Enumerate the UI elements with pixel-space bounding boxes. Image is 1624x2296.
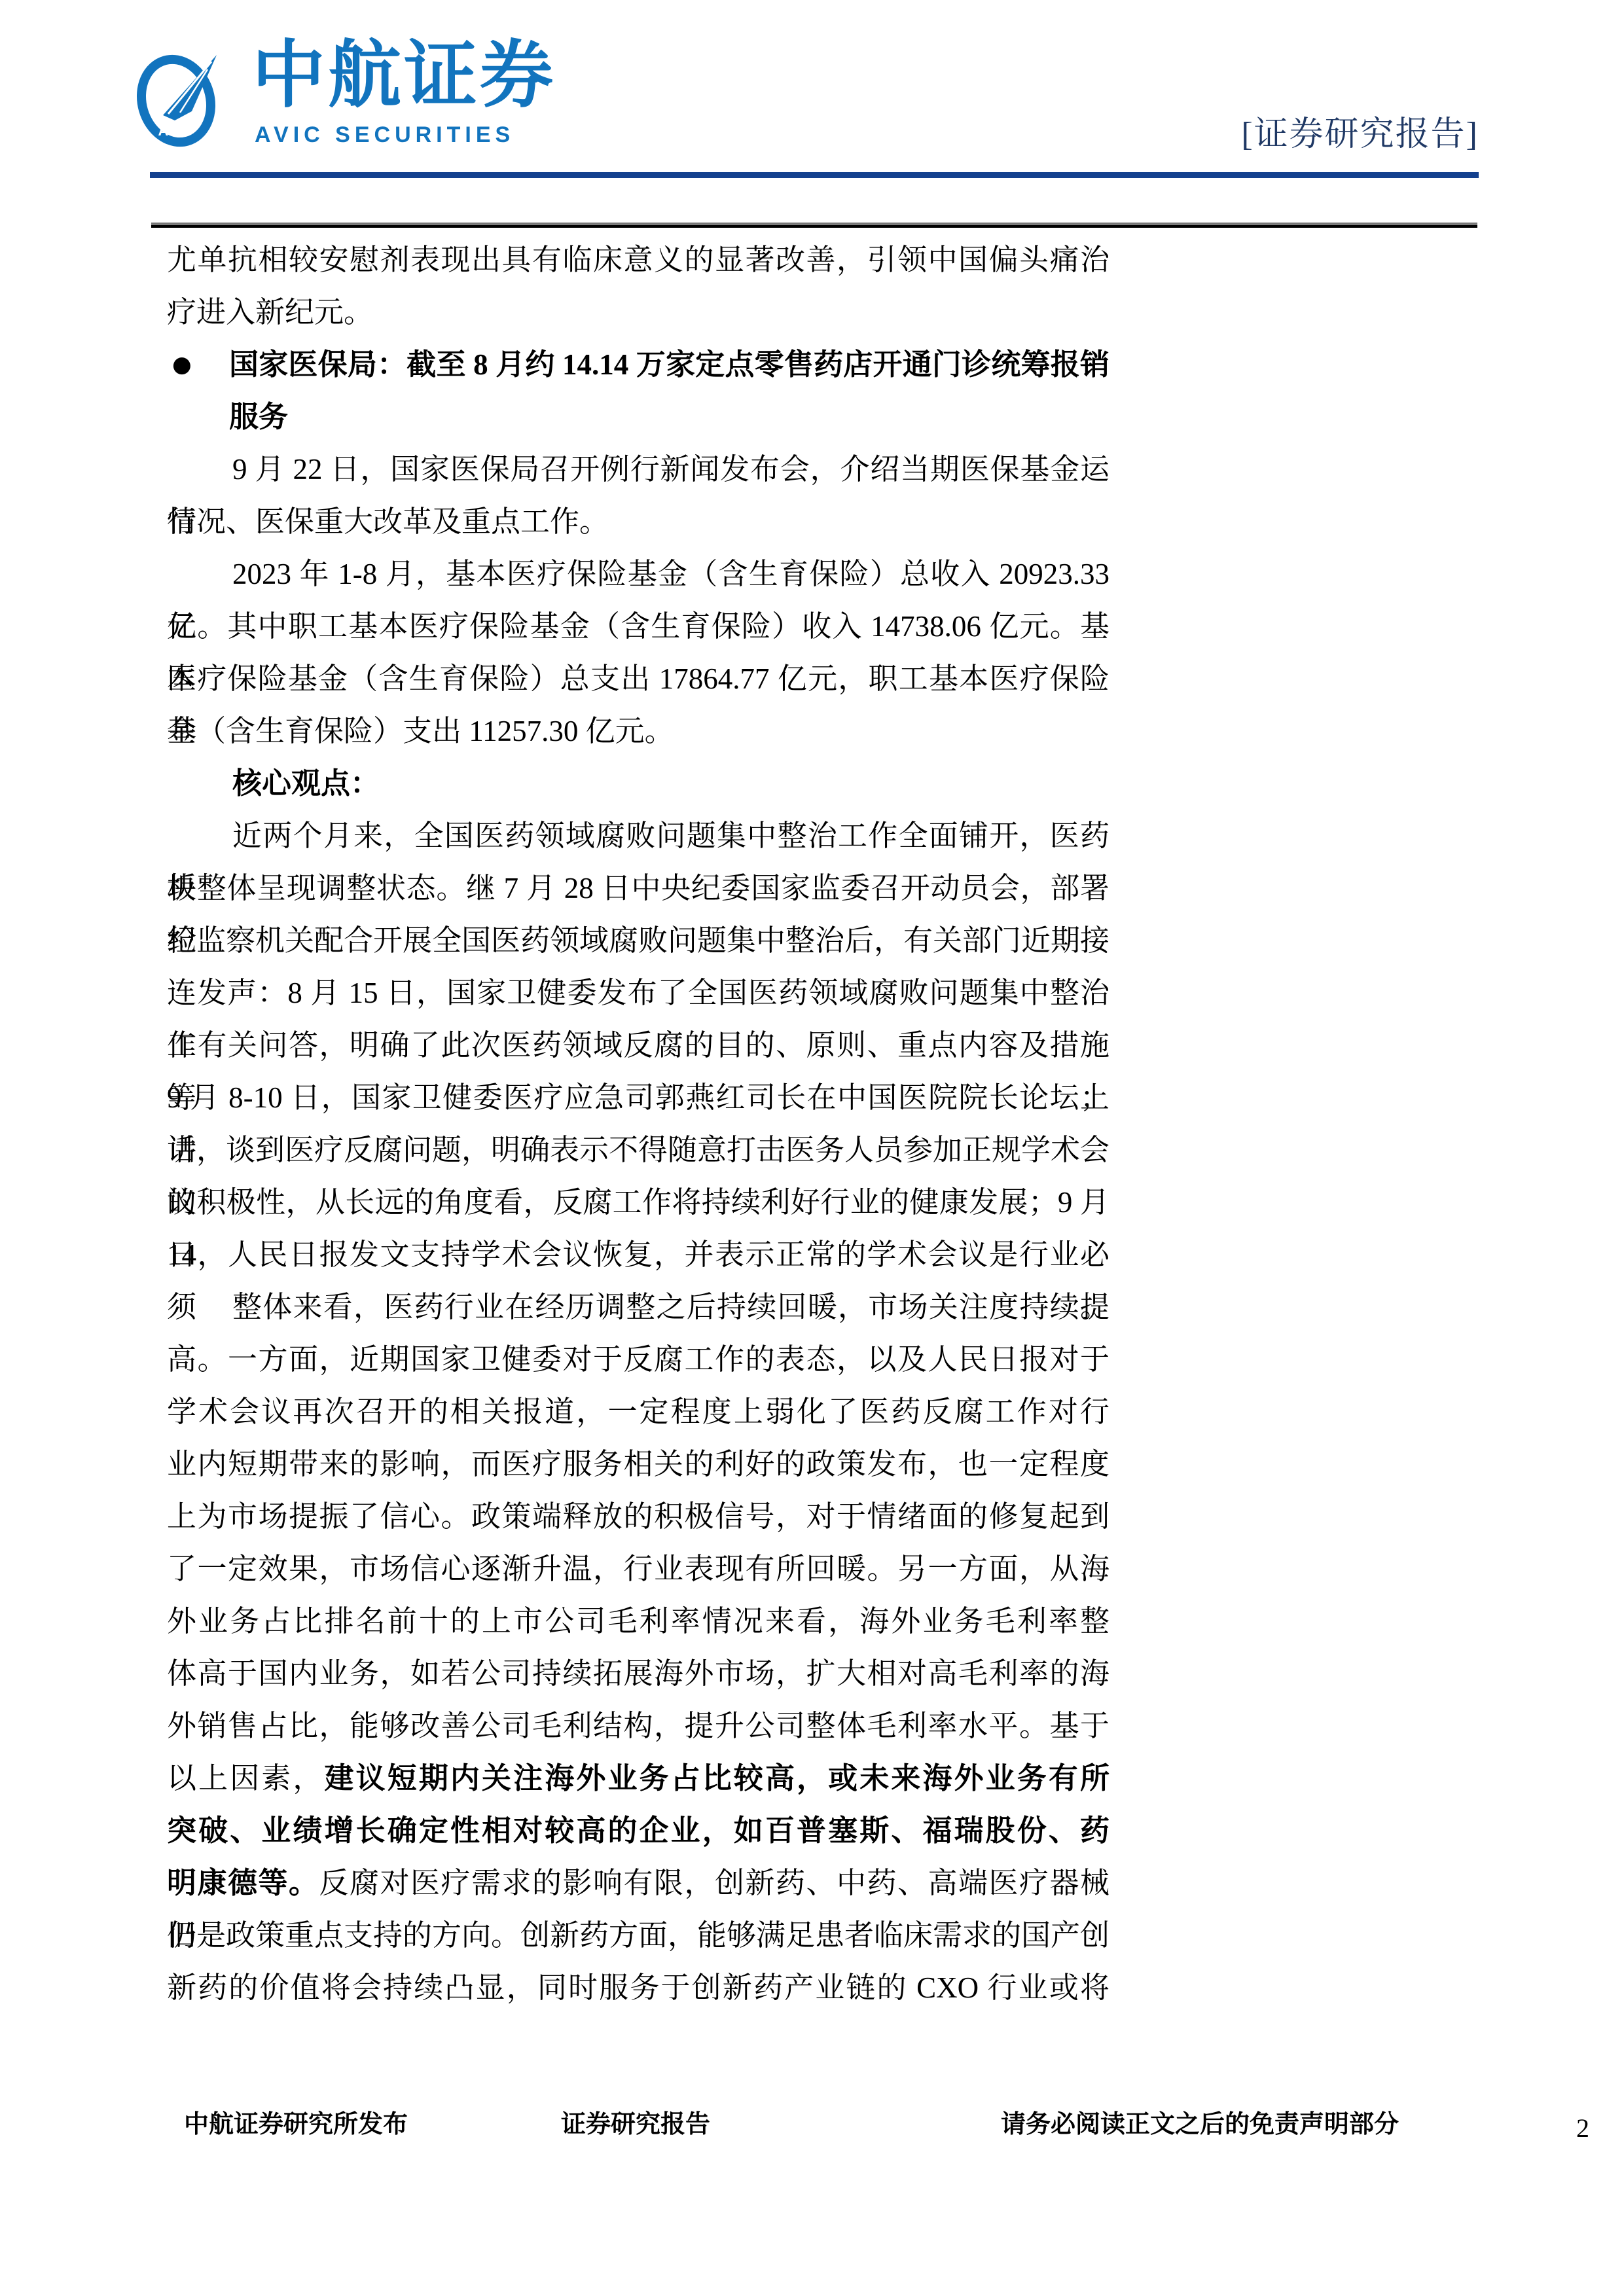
footer-report-type: 证券研究报告: [561, 2109, 710, 2140]
text-segment: 旧是政策重点支持的方向。创新药方面，能够满足患者临床需求的国产创: [167, 1919, 1110, 1952]
text-segment: 高。一方面，近期国家卫健委对于反腐工作的表态，以及人民日报对于: [167, 1343, 1110, 1376]
text-line: 旧是政策重点支持的方向。创新药方面，能够满足患者临床需求的国产创: [167, 1909, 1110, 1962]
text-segment: 金（含生育保险）支出 11257.30 亿元。: [167, 715, 674, 747]
footer-publisher: 中航证券研究所发布: [184, 2109, 408, 2140]
text-line: 学术会议再次召开的相关报道，一定程度上弱化了医药反腐工作对行: [167, 1386, 1110, 1438]
text-line: 以上因素，建议短期内关注海外业务占比较高，或未来海外业务有所: [167, 1752, 1110, 1804]
text-line: 明康德等。反腐对医疗需求的影响有限，创新药、中药、高端医疗器械仍: [167, 1857, 1110, 1909]
text-segment-bold: 核心观点：: [232, 767, 380, 800]
text-segment: 检监察机关配合开展全国医药领域腐败问题集中整治后，有关部门近期接: [167, 924, 1110, 957]
text-line: 外销售占比，能够改善公司毛利结构，提升公司整体毛利率水平。基于: [167, 1700, 1110, 1752]
text-line: 金（含生育保险）支出 11257.30 亿元。: [167, 705, 1110, 757]
text-segment: 新药的价值将会持续凸显，同时服务于创新药产业链的 CXO 行业或将: [167, 1971, 1110, 2004]
text-segment: 外销售占比，能够改善公司毛利结构，提升公司整体毛利率水平。基于: [167, 1710, 1110, 1742]
text-segment-bold: 建议短期内关注海外业务占比较高，或未来海外业务有所: [325, 1762, 1110, 1795]
text-line: 的积极性，从长远的角度看，反腐工作将持续利好行业的健康发展；9 月 14: [167, 1176, 1110, 1229]
text-line: ●国家医保局：截至 8 月约 14.14 万家定点零售药店开通门诊统筹报销: [167, 338, 1110, 391]
page: AVIC 中航证券 AVIC SECURITIES [证券研究报告] 尤单抗相较…: [0, 0, 1624, 2296]
text-segment: 以上因素，: [167, 1762, 325, 1795]
text-segment-bold: 国家医保局：截至 8 月约 14.14 万家定点零售药店开通门诊统筹报销: [229, 348, 1110, 381]
avic-emblem-label: AVIC: [158, 122, 192, 139]
avic-emblem-icon: AVIC: [129, 48, 227, 148]
text-segment: 业内短期带来的影响，而医疗服务相关的利好的政策发布，也一定程度: [167, 1448, 1110, 1480]
page-number: 2: [1576, 2113, 1589, 2144]
text-segment: 情况、医保重大改革及重点工作。: [167, 505, 609, 538]
text-line: 9 月 22 日，国家医保局召开例行新闻发布会，介绍当期医保基金运行: [167, 443, 1110, 495]
report-tag: [证券研究报告]: [1241, 115, 1479, 154]
text-line: 话，谈到医疗反腐问题，明确表示不得随意打击医务人员参加正规学术会议: [167, 1124, 1110, 1176]
brand-name-cn: 中航证券: [252, 37, 556, 115]
text-line: 了一定效果，市场信心逐渐升温，行业表现有所回暖。另一方面，从海: [167, 1543, 1110, 1595]
text-line: 高。一方面，近期国家卫健委对于反腐工作的表态，以及人民日报对于: [167, 1333, 1110, 1386]
text-line: 2023 年 1-8 月，基本医疗保险基金（含生育保险）总收入 20923.33…: [167, 548, 1110, 600]
text-segment: 尤单抗相较安慰剂表现出具有临床意义的显著改善，引领中国偏头痛治: [167, 243, 1110, 276]
text-line: 业内短期带来的影响，而医疗服务相关的利好的政策发布，也一定程度: [167, 1438, 1110, 1490]
text-line: 连发声：8 月 15 日，国家卫健委发布了全国医药领域腐败问题集中整治工: [167, 967, 1110, 1019]
text-line: 服务: [167, 391, 1110, 443]
text-segment-bold: 服务: [229, 401, 288, 433]
brand-name-en: AVIC SECURITIES: [255, 122, 514, 148]
text-line: 新药的价值将会持续凸显，同时服务于创新药产业链的 CXO 行业或将: [167, 1962, 1110, 2014]
text-segment-bold: 突破、业绩增长确定性相对较高的企业，如百普塞斯、福瑞股份、药: [167, 1814, 1110, 1847]
text-segment: 学术会议再次召开的相关报道，一定程度上弱化了医药反腐工作对行: [167, 1395, 1110, 1428]
text-line: 上为市场提振了信心。政策端释放的积极信号，对于情绪面的修复起到: [167, 1490, 1110, 1543]
text-line: 作有关问答，明确了此次医药领域反腐的目的、原则、重点内容及措施等；: [167, 1019, 1110, 1071]
text-line: 体高于国内业务，如若公司持续拓展海外市场，扩大相对高毛利率的海: [167, 1647, 1110, 1700]
text-segment: 疗进入新纪元。: [167, 296, 373, 329]
bullet-icon: ●: [172, 338, 192, 391]
text-line: 9 月 8-10 日，国家卫健委医疗应急司郭燕红司长在中国医院院长论坛上讲: [167, 1071, 1110, 1124]
text-line: 近两个月来，全国医药领域腐败问题集中整治工作全面铺开，医药板: [167, 810, 1110, 862]
text-column: 尤单抗相较安慰剂表现出具有临床意义的显著改善，引领中国偏头痛治疗进入新纪元。●国…: [167, 234, 1110, 2014]
header-rule-black: [151, 223, 1477, 228]
text-line: 元。其中职工基本医疗保险基金（含生育保险）收入 14738.06 亿元。基本: [167, 600, 1110, 653]
footer-disclaimer: 请务必阅读正文之后的免责声明部分: [1001, 2109, 1399, 2140]
text-line: 情况、医保重大改革及重点工作。: [167, 495, 1110, 548]
text-line: 外业务占比排名前十的上市公司毛利率情况来看，海外业务毛利率整: [167, 1595, 1110, 1647]
text-line: 块整体呈现调整状态。继 7 月 28 日中央纪委国家监委召开动员会，部署纪: [167, 862, 1110, 914]
text-line: 检监察机关配合开展全国医药领域腐败问题集中整治后，有关部门近期接: [167, 914, 1110, 967]
text-segment: 体高于国内业务，如若公司持续拓展海外市场，扩大相对高毛利率的海: [167, 1657, 1110, 1690]
text-line: 整体来看，医药行业在经历调整之后持续回暖，市场关注度持续提: [167, 1281, 1110, 1333]
text-line: 疗进入新纪元。: [167, 286, 1110, 338]
text-segment-bold: 明康德等。: [167, 1867, 319, 1899]
text-segment: 外业务占比排名前十的上市公司毛利率情况来看，海外业务毛利率整: [167, 1605, 1110, 1638]
text-segment: 整体来看，医药行业在经历调整之后持续回暖，市场关注度持续提: [232, 1291, 1110, 1323]
header-rule-blue: [150, 172, 1479, 178]
text-segment: 上为市场提振了信心。政策端释放的积极信号，对于情绪面的修复起到: [167, 1500, 1110, 1533]
text-line: 突破、业绩增长确定性相对较高的企业，如百普塞斯、福瑞股份、药: [167, 1804, 1110, 1857]
text-line: 尤单抗相较安慰剂表现出具有临床意义的显著改善，引领中国偏头痛治: [167, 234, 1110, 286]
text-line: 医疗保险基金（含生育保险）总支出 17864.77 亿元，职工基本医疗保险基: [167, 653, 1110, 705]
text-segment: 了一定效果，市场信心逐渐升温，行业表现有所回暖。另一方面，从海: [167, 1552, 1110, 1585]
text-line: 核心观点：: [167, 757, 1110, 810]
text-line: 日，人民日报发文支持学术会议恢复，并表示正常的学术会议是行业必须。: [167, 1229, 1110, 1281]
